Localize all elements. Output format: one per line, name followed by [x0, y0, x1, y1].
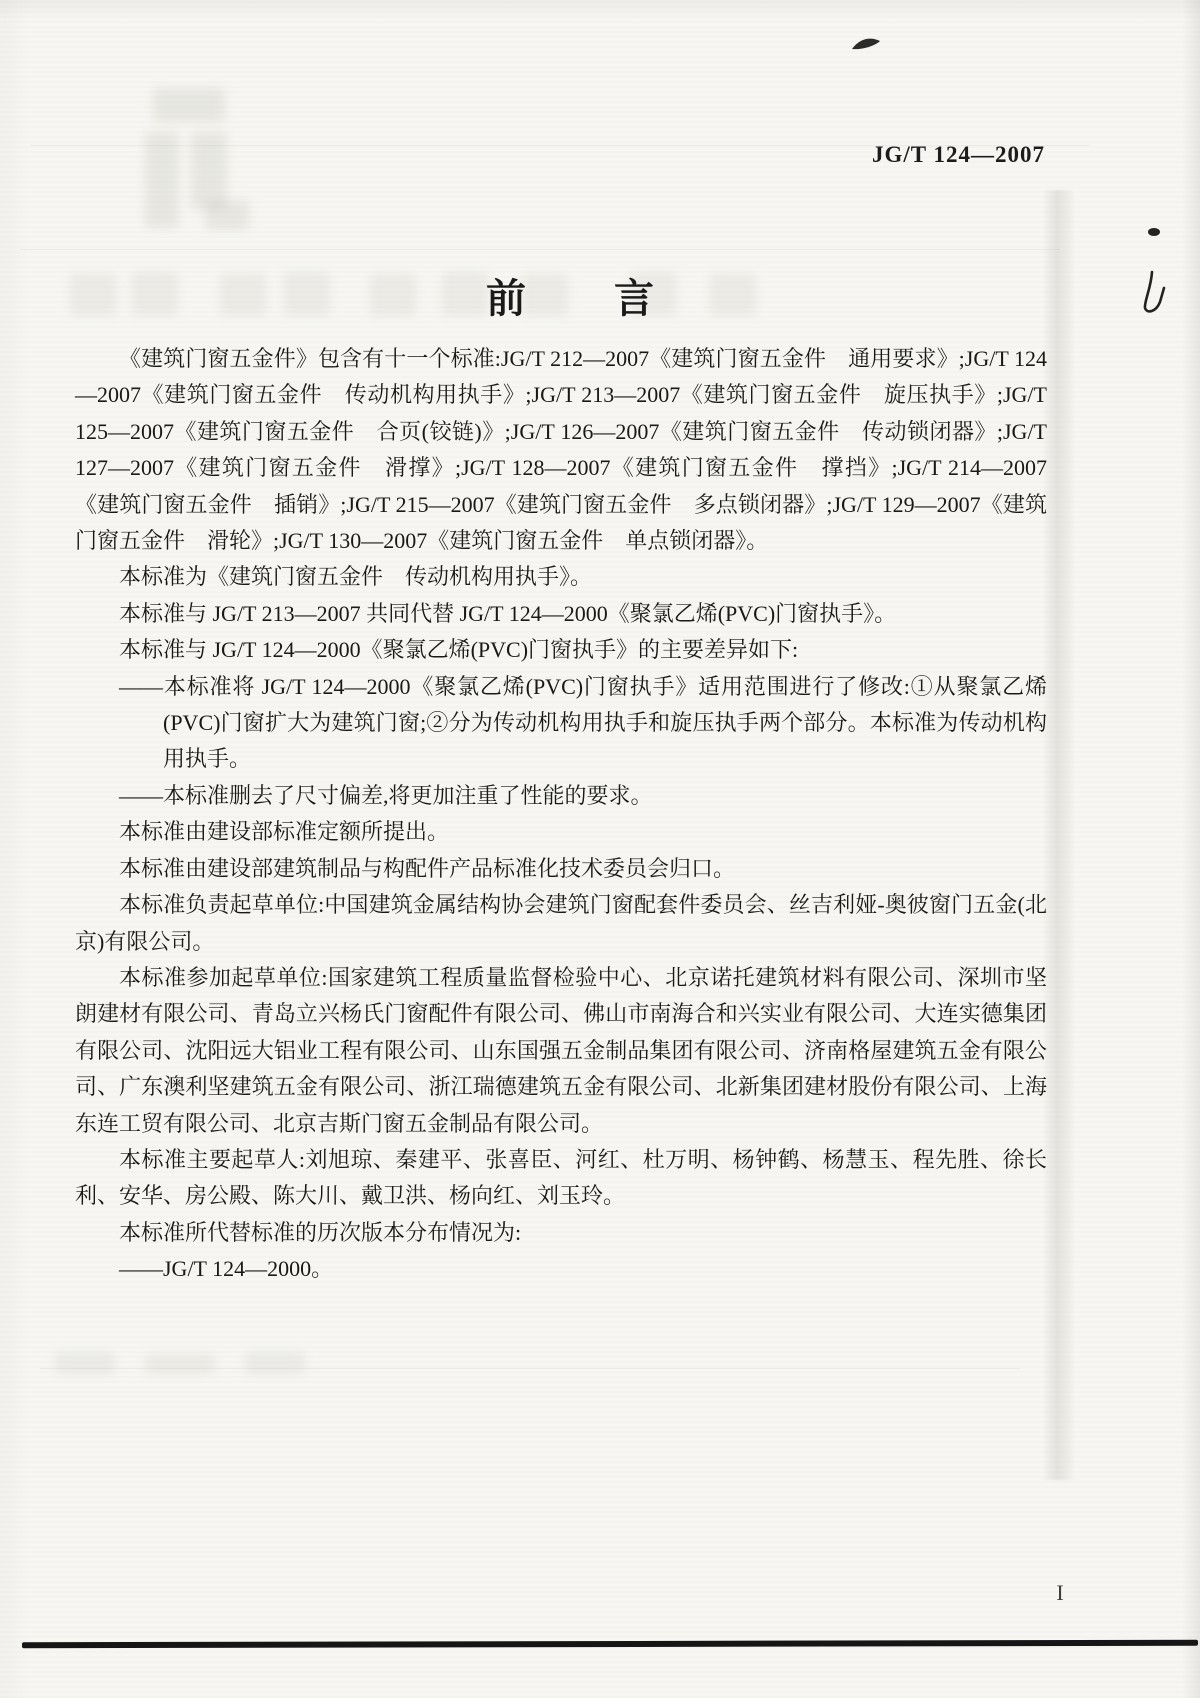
foreword-paragraph: 本标准与 JG/T 213—2007 共同代替 JG/T 124—2000《聚氯… [75, 596, 1047, 632]
checkmark-ink-icon [1138, 226, 1172, 318]
foreword-paragraph: ——本标准将 JG/T 124—2000《聚氯乙烯(PVC)门窗执手》适用范围进… [75, 669, 1047, 778]
foreword-body: 《建筑门窗五金件》包含有十一个标准:JG/T 212—2007《建筑门窗五金件 … [75, 341, 1047, 1288]
scan-fold-shadow [1042, 190, 1076, 1480]
page-number: I [1040, 1580, 1080, 1606]
foreword-paragraph: 《建筑门窗五金件》包含有十一个标准:JG/T 212—2007《建筑门窗五金件 … [75, 341, 1047, 559]
bleed-through-smudge [55, 1348, 355, 1382]
pen-mark-icon [850, 36, 884, 54]
foreword-paragraph: 本标准为《建筑门窗五金件 传动机构用执手》。 [75, 559, 1047, 595]
foreword-paragraph: 本标准与 JG/T 124—2000《聚氯乙烯(PVC)门窗执手》的主要差异如下… [75, 632, 1047, 668]
foreword-paragraph: 本标准由建设部标准定额所提出。 [75, 814, 1047, 850]
foreword-paragraph: 本标准参加起草单位:国家建筑工程质量监督检验中心、北京诺托建筑材料有限公司、深圳… [75, 960, 1047, 1142]
foreword-paragraph: ——本标准删去了尺寸偏差,将更加注重了性能的要求。 [75, 778, 1047, 814]
scan-edge-shadow [1182, 0, 1200, 1698]
scanned-page: JG/T 124—2007 前言 《建筑门窗五金件》包含有十一个标准:JG/T … [0, 0, 1200, 1698]
footer-rule [22, 1640, 1198, 1648]
page-title: 前言 [0, 267, 1140, 324]
foreword-paragraph: ——JG/T 124—2000。 [75, 1251, 1047, 1287]
foreword-paragraph: 本标准主要起草人:刘旭琼、秦建平、张喜臣、河红、杜万明、杨钟鹤、杨慧玉、程先胜、… [75, 1142, 1047, 1215]
scan-streak [20, 249, 1060, 250]
foreword-paragraph: 本标准负责起草单位:中国建筑金属结构协会建筑门窗配套件委员会、丝吉利娅-奥彼窗门… [75, 887, 1047, 960]
foreword-paragraph: 本标准由建设部建筑制品与构配件产品标准化技术委员会归口。 [75, 851, 1047, 887]
foreword-paragraph: 本标准所代替标准的历次版本分布情况为: [75, 1215, 1047, 1251]
standard-code: JG/T 124—2007 [0, 142, 1045, 168]
